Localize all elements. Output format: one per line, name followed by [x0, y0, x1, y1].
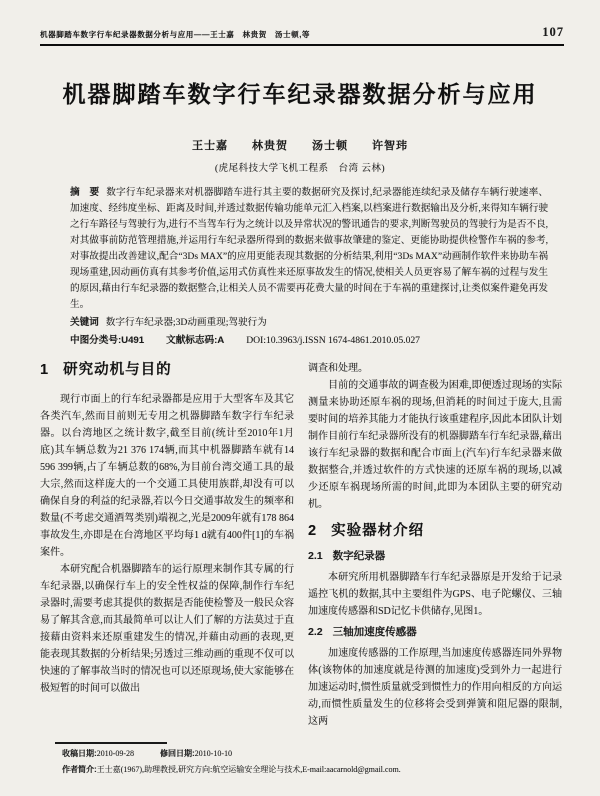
section-1-number: 1 [40, 362, 49, 378]
subsection-2-1-heading: 2.1数字纪录器 [308, 548, 562, 565]
two-column-body: 1研究动机与目的 现行市面上的行车纪录器都是应用于大型客车及其它各类汽车,然而目… [40, 360, 562, 730]
subsection-2-2-paragraph: 加速度传感器的工作原理,当加速度传感器连同外界物体(该物体的加速度就是待测的加速… [308, 645, 562, 730]
section-1-title: 研究动机与目的 [63, 362, 172, 378]
received-date-label: 收稿日期: [62, 749, 97, 758]
footnote-rule [55, 742, 167, 744]
abstract-text: 数字行车纪录器来对机器脚踏车进行其主要的数据研究及探讨,纪录器能连续纪录及储存车… [70, 187, 548, 310]
subsection-2-1-title: 数字纪录器 [333, 550, 386, 562]
clc-number: 中图分类号:U491 [70, 335, 144, 346]
footnote-dates: 收稿日期:2010-09-28修回日期:2010-10-10 [62, 748, 232, 759]
abstract-label: 摘 要 [70, 187, 99, 198]
page-header: 机器脚踏车数字行车纪录器数据分析与应用——王士嘉 林贵贺 汤士顿,等 107 [40, 25, 564, 40]
bio-text: 王士嘉(1967),助理教授,研究方向:航空运输安全理论与技术,E-mail:a… [97, 765, 401, 774]
continuation-line: 调查和处理。 [308, 360, 562, 377]
subsection-2-2-title: 三轴加速度传感器 [333, 626, 417, 638]
header-rule [40, 44, 564, 46]
subsection-2-2-heading: 2.2三轴加速度传感器 [308, 624, 562, 641]
right-column: 调查和处理。 目前的交通事故的调查极为困难,即便透过现场的实际测量来协助还原车祸… [308, 360, 562, 730]
left-column: 1研究动机与目的 现行市面上的行车纪录器都是应用于大型客车及其它各类汽车,然而目… [40, 360, 294, 730]
section-2-number: 2 [308, 523, 317, 539]
bio-label: 作者简介: [62, 765, 97, 774]
running-title: 机器脚踏车数字行车纪录器数据分析与应用——王士嘉 林贵贺 汤士顿,等 [40, 29, 310, 40]
keywords-text: 数字行车纪录器;3D动画重现;驾驶行为 [106, 317, 267, 328]
section-2-heading: 2实验器材介绍 [308, 523, 562, 540]
abstract-paragraph: 摘 要数字行车纪录器来对机器脚踏车进行其主要的数据研究及探讨,纪录器能连续纪录及… [70, 185, 548, 313]
revised-date-label: 修回日期: [160, 749, 195, 758]
section-1-paragraph-1: 现行市面上的行车纪录器都是应用于大型客车及其它各类汽车,然而目前则无专用之机器脚… [40, 391, 294, 561]
article-title: 机器脚踏车数字行车纪录器数据分析与应用 [0, 76, 600, 109]
keywords-label: 关键词 [70, 317, 99, 328]
section-1-heading: 1研究动机与目的 [40, 362, 294, 379]
meta-line: 中图分类号:U491文献标志码:ADOI:10.3963/j.ISSN 1674… [70, 333, 548, 349]
keywords-line: 关键词数字行车纪录器;3D动画重现;驾驶行为 [70, 315, 548, 331]
doi: DOI:10.3963/j.ISSN 1674-4861.2010.05.027 [246, 335, 420, 346]
section-1-paragraph-3: 目前的交通事故的调查极为困难,即便透过现场的实际测量来协助还原车祸的现场,但消耗… [308, 377, 562, 513]
footnote-bio: 作者简介:王士嘉(1967),助理教授,研究方向:航空运输安全理论与技术,E-m… [62, 764, 582, 775]
section-2-title: 实验器材介绍 [331, 523, 424, 539]
page-number: 107 [542, 25, 564, 40]
authors-line: 王士嘉 林贵贺 汤士顿 许智玮 [0, 137, 600, 153]
subsection-2-2-number: 2.2 [308, 626, 323, 638]
scanned-paper-page: 机器脚踏车数字行车纪录器数据分析与应用——王士嘉 林贵贺 汤士顿,等 107 机… [0, 0, 600, 796]
affiliation: (虎尾科技大学飞机工程系 台湾 云林) [0, 160, 600, 174]
received-date: 2010-09-28 [97, 749, 134, 758]
document-code: 文献标志码:A [166, 335, 224, 346]
revised-date: 2010-10-10 [195, 749, 232, 758]
abstract-block: 摘 要数字行车纪录器来对机器脚踏车进行其主要的数据研究及探讨,纪录器能连续纪录及… [70, 185, 548, 349]
subsection-2-1-paragraph: 本研究所用机器脚踏车行车纪录器原是开发给于记录遥控飞机的数据,其中主要组件为GP… [308, 569, 562, 620]
subsection-2-1-number: 2.1 [308, 550, 323, 562]
section-1-paragraph-2: 本研究配合机器脚踏车的运行原理来制作其专属的行车纪录器,以确保行车上的安全性权益… [40, 561, 294, 697]
